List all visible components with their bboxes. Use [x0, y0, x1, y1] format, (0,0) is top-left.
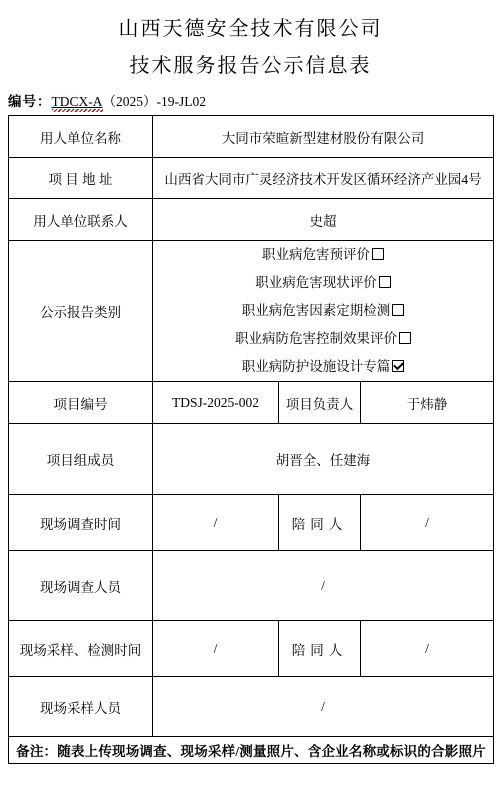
project-team-value: 胡晋全、任建海 [153, 424, 494, 495]
report-category-options: 职业病危害预评价 职业病危害现状评价 职业病危害因素定期检测 职业病防危害控制效… [153, 241, 494, 382]
project-leader-label: 项目负责人 [279, 382, 361, 424]
table-row-report-category: 公示报告类别 职业病危害预评价 职业病危害现状评价 职业病危害因素定期检测 职业… [9, 241, 494, 382]
document-title: 山西天德安全技术有限公司 技术服务报告公示信息表 [0, 0, 501, 85]
report-category-option: 职业病危害因素定期检测 [153, 297, 493, 325]
survey-time-label: 现场调查时间 [9, 495, 153, 551]
sampling-companion-value: / [361, 621, 494, 677]
checkbox-unchecked-icon [372, 248, 384, 260]
info-table: 用人单位名称 大同市荣暄新型建材股份有限公司 项 目 地 址 山西省大同市广灵经… [8, 115, 494, 764]
report-category-option: 职业病危害现状评价 [153, 269, 493, 297]
project-number-value: TDSJ-2025-002 [153, 382, 279, 424]
sampling-time-label: 现场采样、检测时间 [9, 621, 153, 677]
document-title-line1: 山西天德安全技术有限公司 [0, 11, 501, 48]
employer-contact-value: 史超 [153, 199, 494, 241]
table-row-project-address: 项 目 地 址 山西省大同市广灵经济技术开发区循环经济产业园4号 [9, 158, 494, 199]
survey-staff-value: / [153, 551, 494, 621]
survey-companion-value: / [361, 495, 494, 551]
project-address-value: 山西省大同市广灵经济技术开发区循环经济产业园4号 [153, 158, 494, 199]
report-category-option: 职业病危害预评价 [153, 241, 493, 269]
checkbox-unchecked-icon [392, 304, 404, 316]
option-label: 职业病危害因素定期检测 [242, 303, 391, 318]
checkbox-unchecked-icon [379, 276, 391, 288]
project-team-label: 项目组成员 [9, 424, 153, 495]
document-number-label: 编号： [8, 94, 52, 109]
table-row-project-number: 项目编号 TDSJ-2025-002 项目负责人 于炜静 [9, 382, 494, 424]
document-page: 山西天德安全技术有限公司 技术服务报告公示信息表 编号：TDCX-A（2025）… [0, 0, 501, 786]
sampling-staff-label: 现场采样人员 [9, 677, 153, 737]
option-label: 职业病危害预评价 [262, 247, 370, 262]
survey-staff-label: 现场调查人员 [9, 551, 153, 621]
document-number-line: 编号：TDCX-A（2025）-19-JL02 [8, 90, 501, 110]
project-number-label: 项目编号 [9, 382, 153, 424]
table-row-employer-contact: 用人单位联系人 史超 [9, 199, 494, 241]
table-row-employer-name: 用人单位名称 大同市荣暄新型建材股份有限公司 [9, 116, 494, 158]
employer-name-label: 用人单位名称 [9, 116, 153, 158]
table-row-remark: 备注：随表上传现场调查、现场采样/测量照片、含企业名称或标识的合影照片 [9, 737, 494, 764]
sampling-companion-label: 陪同人 [279, 621, 361, 677]
sampling-staff-value: / [153, 677, 494, 737]
project-leader-value: 于炜静 [361, 382, 494, 424]
table-row-sampling-staff: 现场采样人员 / [9, 677, 494, 737]
survey-time-value: / [153, 495, 279, 551]
table-row-survey-staff: 现场调查人员 / [9, 551, 494, 621]
checkbox-checked-icon [392, 360, 404, 372]
document-number-code-underlined: TDCX-A [52, 94, 103, 109]
project-address-label: 项 目 地 址 [9, 158, 153, 199]
table-row-survey-time: 现场调查时间 / 陪同人 / [9, 495, 494, 551]
table-row-sampling-time: 现场采样、检测时间 / 陪同人 / [9, 621, 494, 677]
document-number-code-rest: （2025）-19-JL02 [103, 94, 207, 109]
document-title-line2: 技术服务报告公示信息表 [0, 48, 501, 85]
table-row-project-team: 项目组成员 胡晋全、任建海 [9, 424, 494, 495]
survey-companion-label: 陪同人 [279, 495, 361, 551]
checkbox-unchecked-icon [399, 332, 411, 344]
report-category-option: 职业病防危害控制效果评价 [153, 325, 493, 353]
report-category-label: 公示报告类别 [9, 241, 153, 382]
option-label: 职业病危害现状评价 [255, 275, 377, 290]
sampling-time-value: / [153, 621, 279, 677]
employer-name-value: 大同市荣暄新型建材股份有限公司 [153, 116, 494, 158]
employer-contact-label: 用人单位联系人 [9, 199, 153, 241]
remark-text: 备注：随表上传现场调查、现场采样/测量照片、含企业名称或标识的合影照片 [9, 737, 494, 764]
option-label: 职业病防危害控制效果评价 [235, 331, 397, 346]
option-label: 职业病防护设施设计专篇 [242, 359, 391, 374]
report-category-option: 职业病防护设施设计专篇 [153, 353, 493, 381]
